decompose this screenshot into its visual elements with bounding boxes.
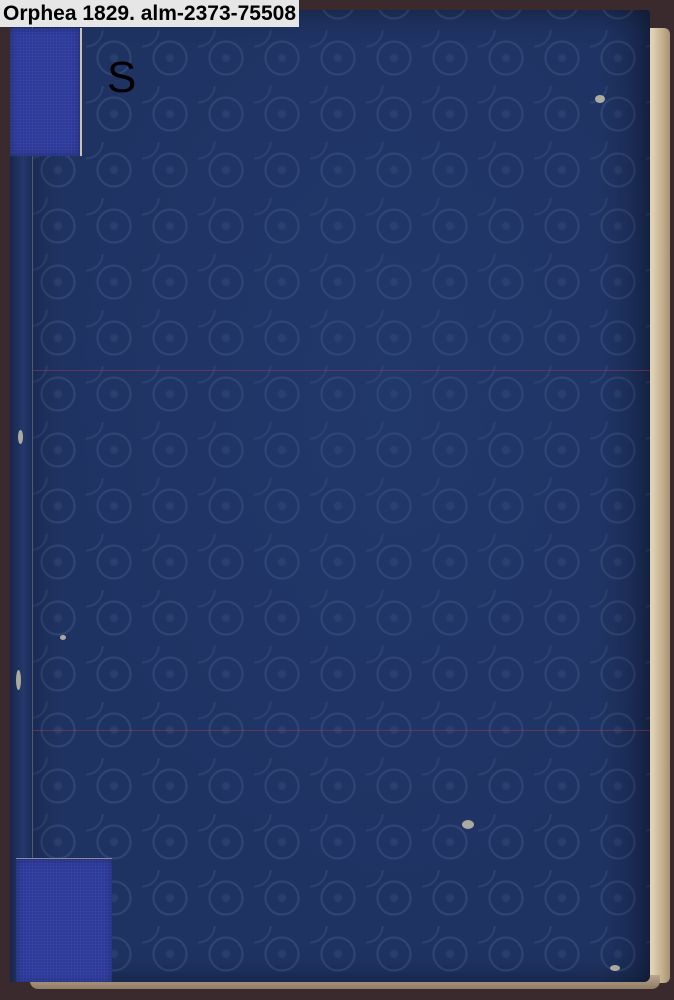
caption-label: Orphea 1829. alm-2373-75508 bbox=[0, 0, 299, 27]
wear-spot bbox=[16, 670, 21, 690]
corner-patch-bottom bbox=[16, 858, 112, 982]
corner-patch-top bbox=[10, 28, 82, 156]
faint-line bbox=[32, 730, 650, 731]
wear-spot bbox=[610, 965, 620, 971]
wear-spot bbox=[18, 430, 23, 444]
shelf-mark-letter: S bbox=[107, 56, 136, 100]
cover-shading bbox=[10, 10, 650, 982]
book-photo: S Orphea 1829. alm-2373-75508 bbox=[0, 0, 674, 1000]
wear-spot bbox=[462, 820, 474, 829]
wear-spot bbox=[595, 95, 605, 103]
faint-line bbox=[32, 370, 650, 371]
book-cover bbox=[10, 10, 650, 982]
wear-spot bbox=[60, 635, 66, 640]
